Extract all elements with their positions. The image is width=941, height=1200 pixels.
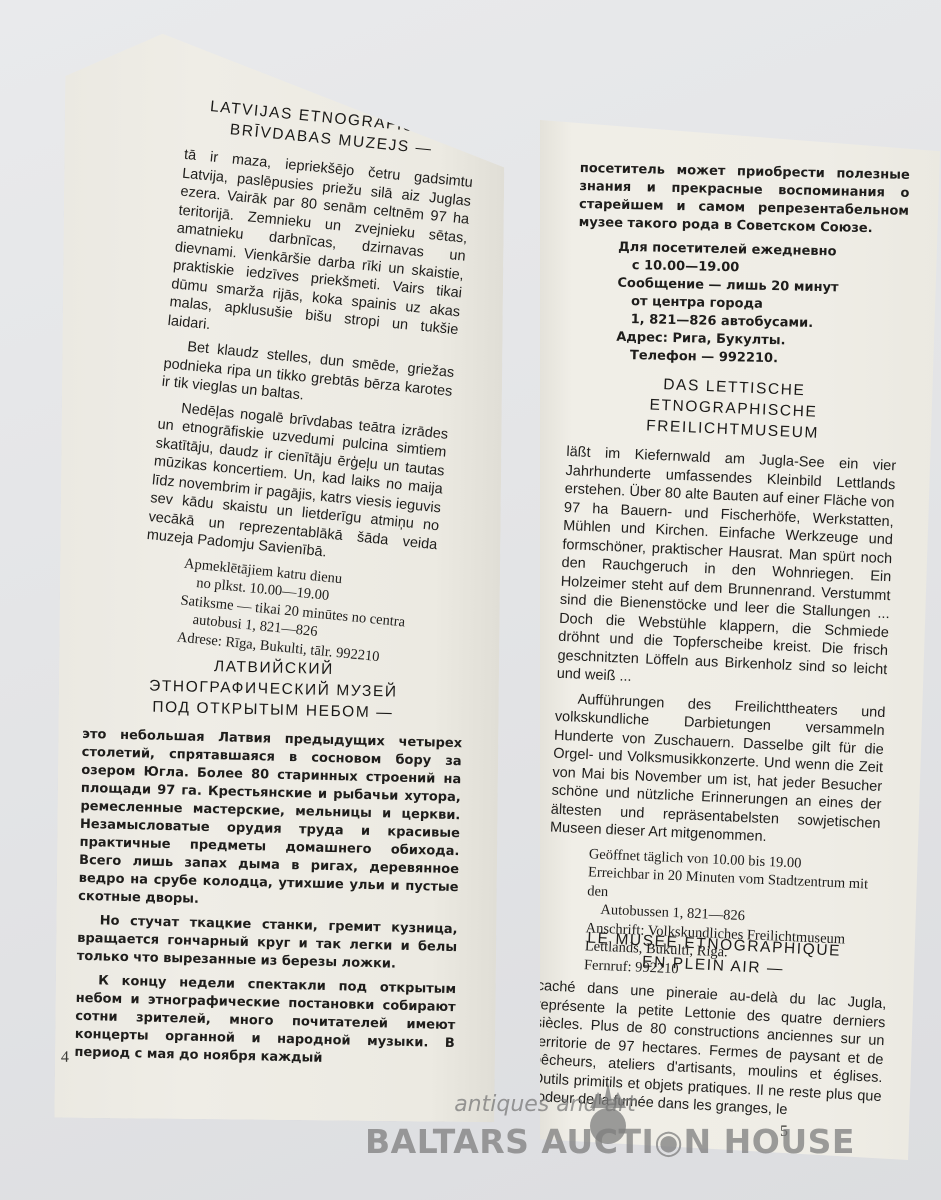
page-number: 4: [61, 1049, 69, 1067]
paragraph: это небольшая Латвия предыдущих четырех …: [78, 726, 462, 915]
paragraph: tā ir maza, iepriekšējo četru gadsimtu L…: [167, 146, 474, 358]
french-section: LE MUSEE ETNOGRAPHIQUE EN PLEIN AIR — ca…: [540, 925, 890, 1131]
russian-continued-section: посетитель может приобрести полезные зна…: [576, 160, 910, 375]
visitor-info: Для посетителей ежедневно с 10.00—19.00 …: [576, 238, 909, 371]
left-page: LATVIJAS ETNOGRĀFISKAIS BRĪVDABAS MUZEJS…: [54, 33, 505, 1123]
paragraph: läßt im Kiefernwald am Jugla-See ein vie…: [556, 443, 896, 698]
paragraph: Nedēļas nogalē brīvdabas teātra izrādes …: [146, 397, 449, 573]
paragraph: Aufführungen des Freilichttheaters und v…: [550, 689, 886, 851]
paragraph: caché dans une pineraie au-delà du lac J…: [540, 977, 887, 1125]
paragraph: Но стучат ткацкие станки, гремит кузница…: [77, 912, 458, 975]
russian-section: ЛАТВИЙСКИЙ ЭТНОГРАФИЧЕСКИЙ МУЗЕЙ ПОД ОТК…: [74, 653, 464, 1077]
paragraph: посетитель может приобрести полезные зна…: [578, 160, 909, 239]
german-heading: DAS LETTISCHE ETNOGRAPHISCHE FREILICHTMU…: [567, 370, 899, 447]
paragraph: К концу недели спектакли под открытым не…: [74, 972, 456, 1071]
right-page: посетитель может приобрести полезные зна…: [540, 120, 940, 1160]
russian-heading: ЛАТВИЙСКИЙ ЭТНОГРАФИЧЕСКИЙ МУЗЕЙ ПОД ОТК…: [83, 653, 464, 725]
latvian-section: LATVIJAS ETNOGRĀFISKAIS BRĪVDABAS MUZEJS…: [136, 94, 479, 675]
page-number: 5: [780, 1123, 788, 1141]
german-section: DAS LETTISCHE ETNOGRAPHISCHE FREILICHTMU…: [544, 370, 900, 991]
visitor-info: Apmeklētājiem katru dienu no plkst. 10.0…: [136, 550, 434, 670]
